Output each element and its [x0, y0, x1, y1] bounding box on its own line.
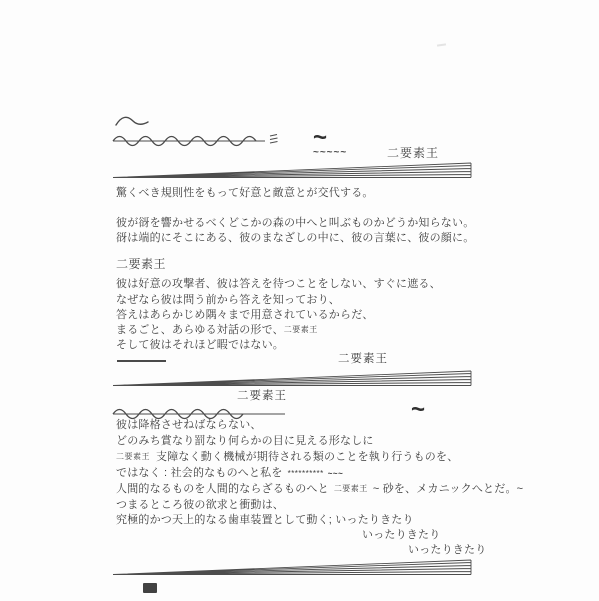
black-rectangle-mark — [143, 583, 157, 593]
poem-line: そして彼はそれほど暇ではない。 — [116, 339, 284, 352]
tapered-rule-2 — [112, 370, 474, 387]
tapered-rule-3 — [112, 559, 474, 576]
poem-line: 人間的なるものを人間的ならざるものへと二要素王~ 砂を、メカニックへとだ。~ — [116, 483, 523, 496]
poem-line: ではなく : 社会的なものへと私を**********~~~ — [116, 467, 343, 480]
poem-line-backforth: いったりきたり — [362, 529, 440, 542]
tapered-rule-1 — [112, 162, 474, 179]
label-two-element-king-mid: 二要素王 — [338, 353, 388, 367]
poem-line: 答えはあらかじめ隅々まで用意されているからだ、 — [116, 309, 374, 322]
inline-tag-two-element-king: 二要素王 — [284, 325, 318, 334]
label-two-element-king-top: 二要素王 — [387, 146, 439, 160]
poem-line: なぜなら彼は問う前から答えを知っており、 — [116, 294, 340, 307]
tilde-row-doodle: ~~~~~ — [313, 147, 347, 159]
inline-tildes: ~~~ — [328, 469, 344, 478]
poem-line: 彼は降格させねばならない、 — [116, 419, 262, 432]
scan-smudge — [437, 43, 446, 46]
poem-line-text: 人間的なるものを人間的ならざるものへと — [116, 483, 329, 495]
inline-tag-two-element-king: 二要素王 — [334, 484, 368, 493]
poem-line: 驚くべき規則性をもって好意と敵意とが交代する。 — [116, 187, 374, 200]
poem-line: 彼は好意の攻撃者、彼は答えを待つことをしない、すぐに遮る、 — [116, 278, 441, 291]
poem-line: 彼が谺を響かせるべくどこかの森の中へと叫ぶものかどうか知らない。 — [116, 217, 474, 230]
poem-line: どのみち賞なり罰なり何らかの目に見える形なしに — [116, 435, 374, 448]
poem-line-backforth: いったりきたり — [408, 544, 486, 557]
scanned-poem-page: ~ ~~~~~ 二要素王 驚くべき規則性をもって好意と敵意とが交代する。 彼が谺… — [0, 0, 599, 601]
label-two-element-king-block2: 二要素王 — [116, 257, 166, 271]
poem-line: 二要素王支障なく動く機械が期待される類のことを執り行うものを、 — [116, 451, 458, 464]
short-rule — [117, 360, 166, 362]
small-squiggle-doodle — [115, 111, 151, 131]
poem-line-text: まるごと、あらゆる対話の形で、 — [116, 324, 284, 336]
poem-line: まるごと、あらゆる対話の形で、二要素王 — [116, 324, 318, 337]
poem-line-text: ではなく : 社会的なものへと私を — [116, 467, 283, 479]
tilde-doodle-mid: ~ — [411, 398, 425, 422]
poem-line-tail: ~ 砂を、メカニックへとだ。~ — [373, 483, 523, 495]
inline-tag-two-element-king: 二要素王 — [116, 452, 150, 461]
poem-line: 究極的かつ天上的なる歯車装置として動く; いったりきたり — [116, 514, 414, 527]
poem-line: 谺は端的にそこにある、彼のまなざしの中に、彼の言葉に、彼の顔に。 — [116, 232, 474, 245]
long-squiggle-doodle — [112, 129, 292, 149]
poem-line-text: 支障なく動く機械が期待される類のことを執り行うものを、 — [156, 451, 458, 463]
inline-stars: ********** — [288, 469, 324, 478]
poem-line: つまるところ彼の欲求と衝動は、 — [116, 499, 284, 512]
